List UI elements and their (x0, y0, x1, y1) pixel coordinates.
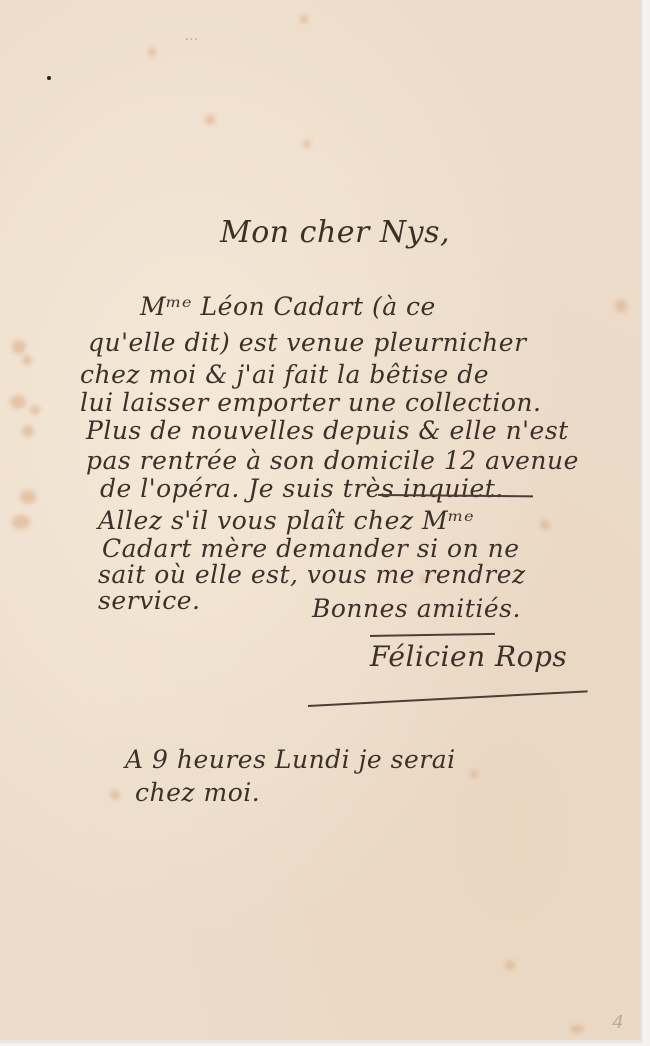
foxing-spot (22, 355, 32, 365)
foxing-spot (30, 405, 40, 415)
foxing-spot (303, 140, 311, 148)
body-line-5: Plus de nouvelles depuis & elle n'est (86, 416, 569, 445)
body-line-9: Cadart mère demander si on ne (102, 534, 520, 563)
body-line-6: pas rentrée à son domicile 12 avenue (86, 446, 579, 475)
foxing-spot (110, 790, 120, 800)
foxing-spot (10, 395, 26, 409)
salutation: Mon cher Nys, (220, 215, 450, 250)
body-line-10: sait où elle est, vous me rendrez (98, 560, 526, 589)
foxing-spot (615, 300, 627, 312)
body-line-3: chez moi & j'ai fait la bêtise de (80, 360, 489, 389)
pencil-note: … (185, 28, 200, 44)
foxing-spot (22, 425, 34, 437)
foxing-spot (505, 960, 515, 970)
signature-flourish (308, 690, 588, 706)
body-line-1: Mᵐᵉ Léon Cadart (à ce (140, 292, 436, 321)
foxing-spot (540, 520, 550, 530)
body-line-4: lui laisser emporter une collection. (80, 388, 541, 417)
foxing-spot (12, 515, 30, 529)
foxing-spot (148, 48, 156, 56)
foxing-spot (570, 1025, 584, 1033)
postscript-line-2: chez moi. (135, 778, 260, 807)
body-line-2: qu'elle dit) est venue pleurnicher (88, 328, 527, 357)
body-line-8: Allez s'il vous plaît chez Mᵐᵉ (98, 506, 474, 535)
foxing-spot (20, 490, 36, 504)
closing: Bonnes amitiés. (312, 594, 521, 623)
foxing-spot (12, 340, 26, 354)
postscript-line-1: A 9 heures Lundi je serai (125, 745, 456, 774)
page-number: 4 (612, 1012, 624, 1033)
foxing-spot (205, 115, 215, 125)
signature: Félicien Rops (370, 640, 567, 673)
body-line-11: service. (98, 586, 200, 615)
foxing-spot (300, 15, 308, 23)
foxing-spot (470, 770, 478, 778)
signature-flourish-top (370, 633, 495, 637)
letter-page: … Mon cher Nys, Mᵐᵉ Léon Cadart (à ce qu… (0, 0, 642, 1043)
ink-dot (47, 76, 51, 80)
body-line-7: de l'opéra. Je suis très inquiet. (100, 474, 504, 503)
